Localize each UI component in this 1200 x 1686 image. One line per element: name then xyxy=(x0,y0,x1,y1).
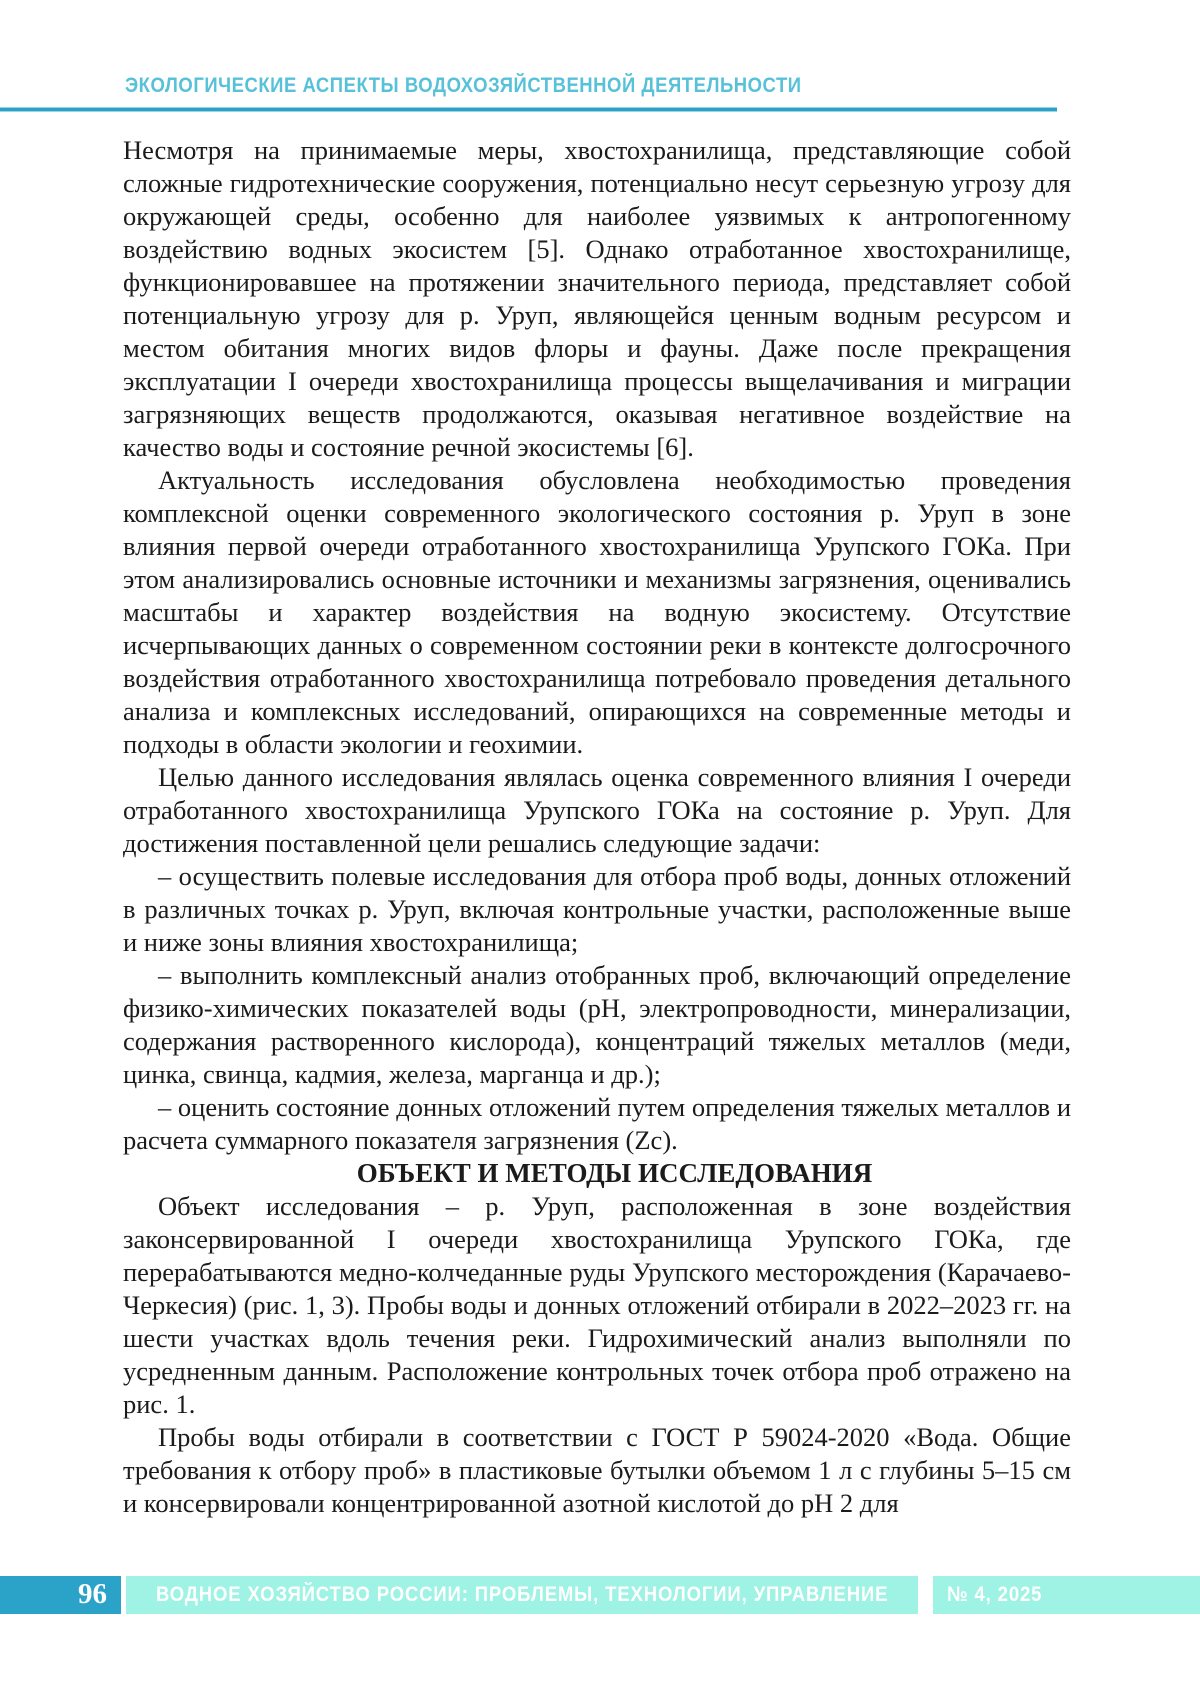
running-head-label: ЭКОЛОГИЧЕСКИЕ АСПЕКТЫ ВОДОХОЗЯЙСТВЕННОЙ … xyxy=(125,74,802,98)
journal-page: ЭКОЛОГИЧЕСКИЕ АСПЕКТЫ ВОДОХОЗЯЙСТВЕННОЙ … xyxy=(0,0,1200,1686)
paragraph-object: Объект исследования – р. Уруп, расположе… xyxy=(123,1190,1071,1421)
article-body: Несмотря на принимаемые меры, хвостохран… xyxy=(123,134,1071,1520)
paragraph-relevance: Актуальность исследования обусловлена не… xyxy=(123,464,1071,761)
task-item-3: – оценить состояние донных отложений пут… xyxy=(123,1091,1071,1157)
journal-title-label: ВОДНОЕ ХОЗЯЙСТВО РОССИИ: ПРОБЛЕМЫ, ТЕХНО… xyxy=(156,1583,888,1607)
header-rule xyxy=(0,107,1057,112)
task-item-2: – выполнить комплексный анализ отобранны… xyxy=(123,959,1071,1091)
footer: 96 ВОДНОЕ ХОЗЯЙСТВО РОССИИ: ПРОБЛЕМЫ, ТЕ… xyxy=(0,1576,1200,1614)
paragraph-goal: Целью данного исследования являлась оцен… xyxy=(123,761,1071,860)
journal-title-bar: ВОДНОЕ ХОЗЯЙСТВО РОССИИ: ПРОБЛЕМЫ, ТЕХНО… xyxy=(126,1576,918,1614)
running-head: ЭКОЛОГИЧЕСКИЕ АСПЕКТЫ ВОДОХОЗЯЙСТВЕННОЙ … xyxy=(125,74,894,98)
page-number-badge: 96 xyxy=(0,1576,121,1614)
issue-badge: № 4, 2025 xyxy=(933,1576,1200,1614)
issue-label: № 4, 2025 xyxy=(947,1583,1042,1607)
paragraph-sampling: Пробы воды отбирали в соответствии с ГОС… xyxy=(123,1421,1071,1520)
section-heading: ОБЪЕКТ И МЕТОДЫ ИССЛЕДОВАНИЯ xyxy=(123,1157,1071,1190)
task-item-1: – осуществить полевые исследования для о… xyxy=(123,860,1071,959)
paragraph-tailings-threat: Несмотря на принимаемые меры, хвостохран… xyxy=(123,134,1071,464)
